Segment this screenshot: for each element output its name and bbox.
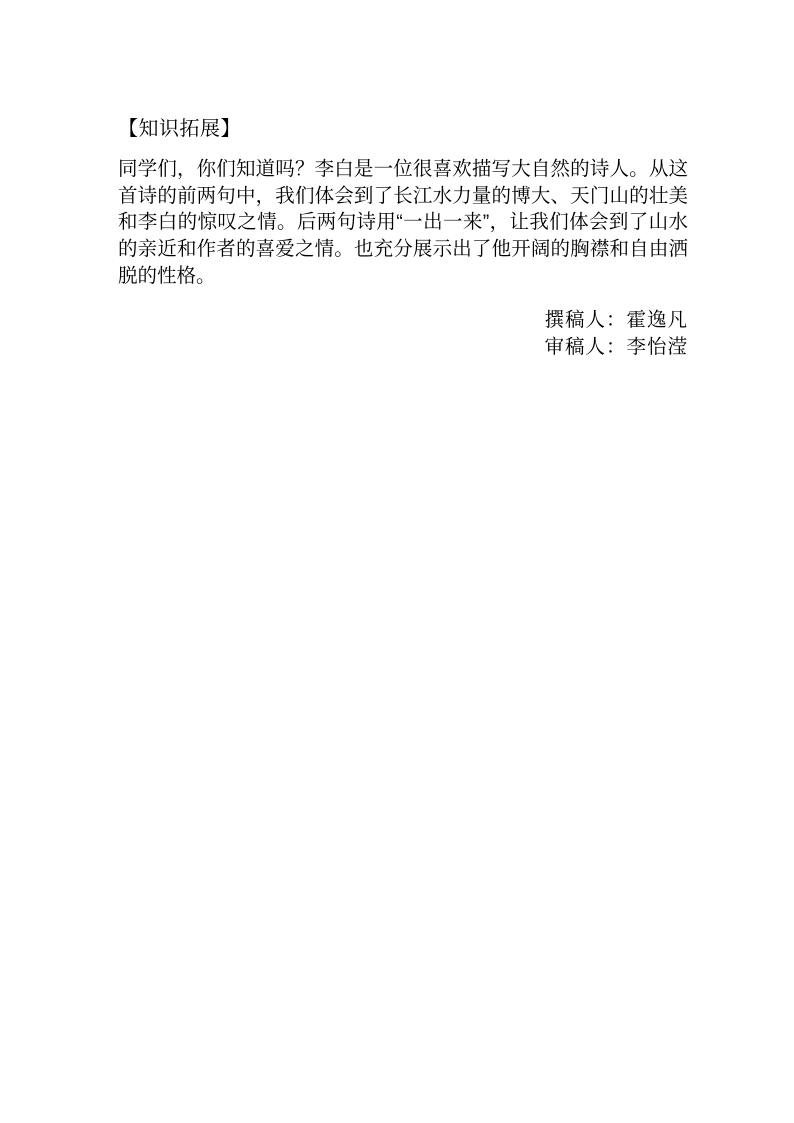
section-heading: 【知识拓展】 (118, 116, 688, 143)
author-line: 撰稿人：霍逸凡 (118, 307, 688, 334)
reviewer-line: 审稿人：李怡滢 (118, 334, 688, 361)
document-page: { "page": { "background_color": "#ffffff… (0, 0, 794, 1123)
document-body: 【知识拓展】 同学们，你们知道吗？李白是一位很喜欢描写大自然的诗人。从这首诗的前… (118, 116, 688, 361)
signature-block: 撰稿人：霍逸凡 审稿人：李怡滢 (118, 307, 688, 361)
body-paragraph: 同学们，你们知道吗？李白是一位很喜欢描写大自然的诗人。从这首诗的前两句中，我们体… (118, 156, 688, 290)
